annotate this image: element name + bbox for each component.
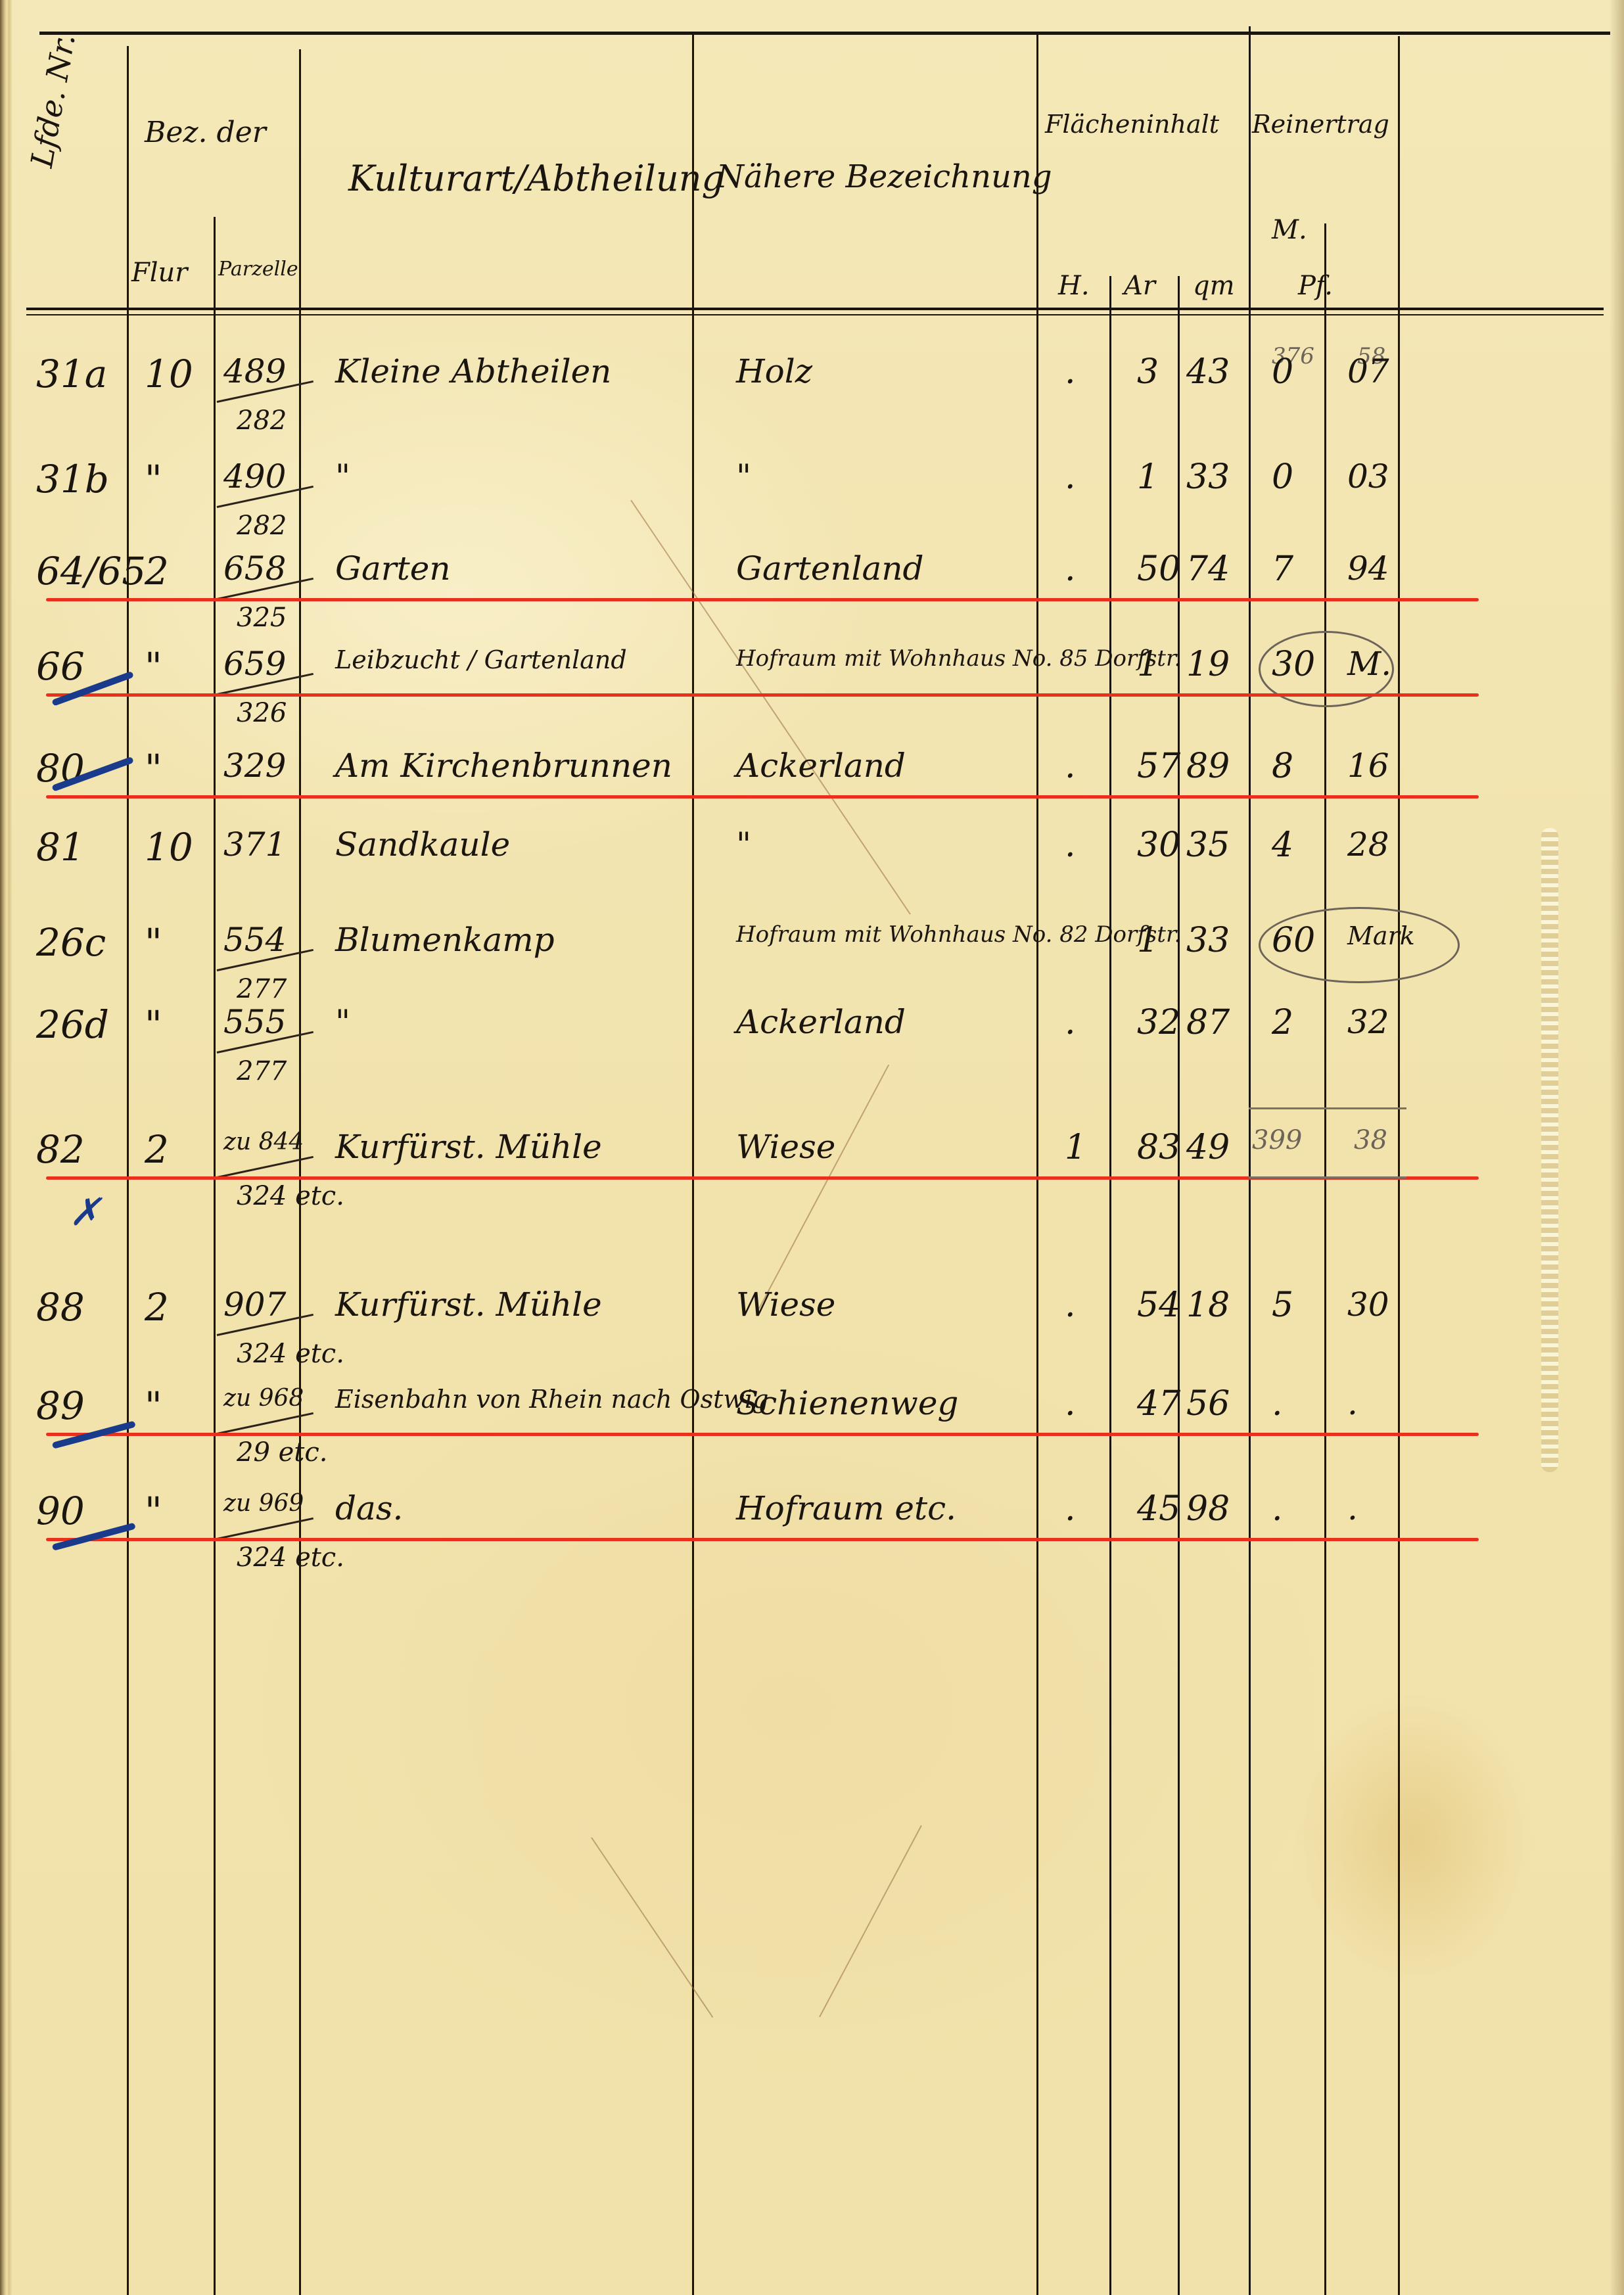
row-qm: 56 bbox=[1186, 1387, 1230, 1421]
row-bezeichnung: Holz bbox=[736, 355, 812, 388]
row-ar: 1 bbox=[1137, 460, 1159, 494]
subtotal-mark: 399 bbox=[1252, 1127, 1302, 1153]
row-parzelle: 659 bbox=[223, 647, 286, 680]
row-flur: " bbox=[145, 647, 162, 685]
page-right-edge bbox=[1610, 0, 1624, 2295]
paper-fold bbox=[819, 1825, 922, 2017]
header-reinertrag: Reinertrag bbox=[1252, 112, 1389, 137]
row-kulturart: das. bbox=[335, 1492, 403, 1525]
row-lfd-nr: 26c bbox=[36, 923, 106, 962]
row-pf: 03 bbox=[1347, 460, 1389, 493]
header-bottom-rule-2 bbox=[26, 314, 1604, 315]
row-ar: 30 bbox=[1137, 828, 1180, 862]
row-flur: " bbox=[145, 1387, 162, 1425]
header-lfd-nr: Lfde. Nr. bbox=[26, 32, 80, 170]
row-kulturart: " bbox=[335, 1006, 350, 1038]
row-ha: . bbox=[1065, 1288, 1076, 1322]
col-rule bbox=[1109, 276, 1111, 2295]
row-parzelle: 555 bbox=[223, 1006, 286, 1038]
row-kulturart: " bbox=[335, 460, 350, 493]
row-kulturart: Am Kirchenbrunnen bbox=[335, 749, 672, 782]
row-bezeichnung: Wiese bbox=[736, 1130, 835, 1163]
row-lfd-nr: 64/65 bbox=[36, 552, 146, 590]
col-rule bbox=[1249, 26, 1251, 2295]
red-strike-line bbox=[46, 795, 1479, 799]
row-ar: 1 bbox=[1137, 647, 1159, 682]
row-pf: 94 bbox=[1347, 552, 1389, 585]
paper-fold bbox=[591, 1837, 713, 2018]
row-lfd-nr: 82 bbox=[36, 1130, 85, 1169]
row-ha: . bbox=[1065, 1492, 1076, 1526]
row-bezeichnung: Ackerland bbox=[736, 749, 906, 782]
row-bezeichnung: " bbox=[736, 460, 751, 493]
row-parzelle: zu 968 bbox=[223, 1387, 304, 1410]
col-rule bbox=[299, 49, 301, 2295]
row-lfd-nr: 31b bbox=[36, 460, 109, 498]
row-flur: " bbox=[145, 1492, 162, 1530]
row-parzelle: 371 bbox=[223, 828, 286, 861]
header-bez-der: Bez. der bbox=[145, 118, 266, 147]
row-ar: 3 bbox=[1137, 355, 1159, 389]
row-qm: 49 bbox=[1186, 1130, 1230, 1165]
col-rule bbox=[1324, 223, 1326, 2295]
header-bottom-rule bbox=[26, 308, 1604, 310]
blue-x-mark: ✗ bbox=[69, 1193, 101, 1231]
row-bezeichnung: Hofraum mit Wohnhaus No. 82 Dorfstr. bbox=[736, 923, 1181, 946]
row-bezeichnung: Gartenland bbox=[736, 552, 924, 585]
row-qm: 87 bbox=[1186, 1006, 1230, 1040]
row-qm: 33 bbox=[1186, 923, 1230, 958]
page-stack-edge bbox=[0, 0, 12, 2295]
row-ha: . bbox=[1065, 1006, 1076, 1040]
header-flacheninhalt: Flächeninhalt bbox=[1045, 112, 1219, 137]
header-pf: Pf. bbox=[1298, 273, 1333, 299]
row-pf: 32 bbox=[1347, 1006, 1389, 1038]
subtotal-rule-bottom bbox=[1249, 1176, 1406, 1178]
row-ar: 54 bbox=[1137, 1288, 1180, 1322]
row-ar: 45 bbox=[1137, 1492, 1180, 1526]
col-rule bbox=[1398, 36, 1400, 2295]
row-ha: . bbox=[1065, 828, 1076, 862]
row-mark: 4 bbox=[1272, 828, 1293, 862]
col-rule bbox=[214, 217, 216, 2295]
row-lfd-nr: 81 bbox=[36, 828, 85, 866]
row-lfd-nr: 31a bbox=[36, 355, 107, 393]
row-pf: 30 bbox=[1347, 1288, 1389, 1321]
row-bezeichnung: " bbox=[736, 828, 751, 861]
row-flur: 2 bbox=[145, 1130, 169, 1169]
row-pf: 16 bbox=[1347, 749, 1389, 782]
row-bezeichnung: Wiese bbox=[736, 1288, 835, 1321]
row-parzelle: 907 bbox=[223, 1288, 286, 1321]
row-parzelle-sub: 324 etc. bbox=[237, 1544, 344, 1571]
subtotal-rule-top bbox=[1249, 1107, 1406, 1109]
row-parzelle-sub: 325 bbox=[237, 605, 287, 631]
header-qm: qm bbox=[1193, 273, 1235, 299]
row-flur: " bbox=[145, 749, 162, 787]
row-ha: . bbox=[1065, 355, 1076, 389]
row-lfd-nr: 26d bbox=[36, 1006, 109, 1044]
row-bezeichnung: Hofraum mit Wohnhaus No. 85 Dorfstr. bbox=[736, 647, 1181, 670]
row-parzelle-sub: 277 bbox=[237, 1058, 287, 1084]
row-parzelle-sub: 324 etc. bbox=[237, 1183, 344, 1209]
row-parzelle-sub: 282 bbox=[237, 513, 287, 539]
header-flur: Flur bbox=[131, 260, 187, 286]
row-qm: 74 bbox=[1186, 552, 1230, 586]
row-kulturart: Blumenkamp bbox=[335, 923, 555, 956]
row-parzelle-sub: 277 bbox=[237, 976, 287, 1002]
row-parzelle: 490 bbox=[223, 460, 286, 493]
row-ar: 57 bbox=[1137, 749, 1180, 783]
header-mk: M. bbox=[1272, 217, 1307, 243]
red-strike-line bbox=[46, 1538, 1479, 1541]
red-strike-line bbox=[46, 693, 1479, 697]
col-rule bbox=[692, 33, 694, 2295]
row-mark: 2 bbox=[1272, 1006, 1293, 1040]
row-bezeichnung: Hofraum etc. bbox=[736, 1492, 956, 1525]
row-qm: 98 bbox=[1186, 1492, 1230, 1526]
row-flur: 10 bbox=[145, 828, 193, 866]
row-ar: 47 bbox=[1137, 1387, 1180, 1421]
row-parzelle: 329 bbox=[223, 749, 286, 782]
row-pf: . bbox=[1347, 1387, 1358, 1420]
row-lfd-nr: 90 bbox=[36, 1492, 85, 1530]
row-lfd-nr: 66 bbox=[36, 647, 85, 685]
row-ha: . bbox=[1065, 552, 1076, 586]
row-lfd-nr: 88 bbox=[36, 1288, 85, 1326]
row-flur: 2 bbox=[145, 1288, 169, 1326]
row-kulturart: Kurfürst. Mühle bbox=[335, 1288, 602, 1321]
paper-fold bbox=[758, 1065, 889, 1309]
header-ar: Ar bbox=[1124, 273, 1155, 299]
row-parzelle-sub: 282 bbox=[237, 407, 287, 434]
row-pf: 07 bbox=[1347, 355, 1389, 388]
header-ha: H. bbox=[1058, 273, 1090, 299]
header-parzelle: Parzelle bbox=[218, 260, 298, 279]
pencil-circle bbox=[1259, 907, 1460, 983]
row-parzelle: zu 844 bbox=[223, 1130, 304, 1154]
row-parzelle: 658 bbox=[223, 552, 286, 585]
row-pf: . bbox=[1347, 1492, 1358, 1525]
row-kulturart: Kleine Abtheilen bbox=[335, 355, 611, 388]
row-ar: 1 bbox=[1137, 923, 1159, 958]
row-mark: 7 bbox=[1272, 552, 1293, 586]
row-kulturart: Leibzucht / Gartenland bbox=[335, 647, 627, 672]
row-qm: 35 bbox=[1186, 828, 1230, 862]
row-mark: . bbox=[1272, 1387, 1283, 1421]
row-qm: 43 bbox=[1186, 355, 1230, 389]
row-ha: . bbox=[1065, 749, 1076, 783]
red-strike-line bbox=[46, 598, 1479, 601]
row-qm: 89 bbox=[1186, 749, 1230, 783]
row-qm: 18 bbox=[1186, 1288, 1230, 1322]
row-qm: 33 bbox=[1186, 460, 1230, 494]
row-ha: . bbox=[1065, 460, 1076, 494]
red-strike-line bbox=[46, 1433, 1479, 1436]
row-kulturart: Garten bbox=[335, 552, 451, 585]
row-pf: 28 bbox=[1347, 828, 1389, 861]
subtotal-pf: 38 bbox=[1354, 1127, 1387, 1153]
row-mark: 0 bbox=[1272, 355, 1293, 389]
row-qm: 19 bbox=[1186, 647, 1230, 682]
row-kulturart: Kurfürst. Mühle bbox=[335, 1130, 602, 1163]
row-mark: . bbox=[1272, 1492, 1283, 1526]
row-kulturart: Sandkaule bbox=[335, 828, 510, 861]
row-parzelle-sub: 324 etc. bbox=[237, 1341, 344, 1367]
row-flur: " bbox=[145, 460, 162, 498]
row-parzelle: 489 bbox=[223, 355, 286, 388]
row-flur: 10 bbox=[145, 355, 193, 393]
col-rule bbox=[1036, 33, 1038, 2295]
row-ar: 83 bbox=[1137, 1130, 1180, 1165]
embossed-seal-strip bbox=[1541, 828, 1558, 1472]
row-kulturart: Eisenbahn von Rhein nach Ostwig bbox=[335, 1387, 768, 1412]
row-parzelle: zu 969 bbox=[223, 1492, 304, 1516]
row-ar: 32 bbox=[1137, 1006, 1180, 1040]
row-mark: 5 bbox=[1272, 1288, 1293, 1322]
row-bezeichnung: Schienenweg bbox=[736, 1387, 958, 1420]
row-flur: 2 bbox=[145, 552, 169, 590]
header-kulturart: Kulturart/Abtheilung bbox=[348, 161, 724, 197]
col-rule bbox=[127, 46, 129, 2295]
row-flur: " bbox=[145, 923, 162, 962]
top-rule bbox=[39, 32, 1610, 35]
row-bezeichnung: Ackerland bbox=[736, 1006, 906, 1038]
row-parzelle: 554 bbox=[223, 923, 286, 956]
row-mark: 8 bbox=[1272, 749, 1293, 783]
row-parzelle-sub: 29 etc. bbox=[237, 1439, 327, 1466]
row-ar: 50 bbox=[1137, 552, 1180, 586]
row-mark: 0 bbox=[1272, 460, 1293, 494]
row-parzelle-sub: 326 bbox=[237, 700, 287, 726]
row-ha: 1 bbox=[1065, 1130, 1086, 1165]
row-ha: . bbox=[1065, 1387, 1076, 1421]
header-nahere-bezeichnung: Nähere Bezeichnung bbox=[716, 161, 1052, 193]
row-lfd-nr: 89 bbox=[36, 1387, 85, 1425]
row-flur: " bbox=[145, 1006, 162, 1044]
